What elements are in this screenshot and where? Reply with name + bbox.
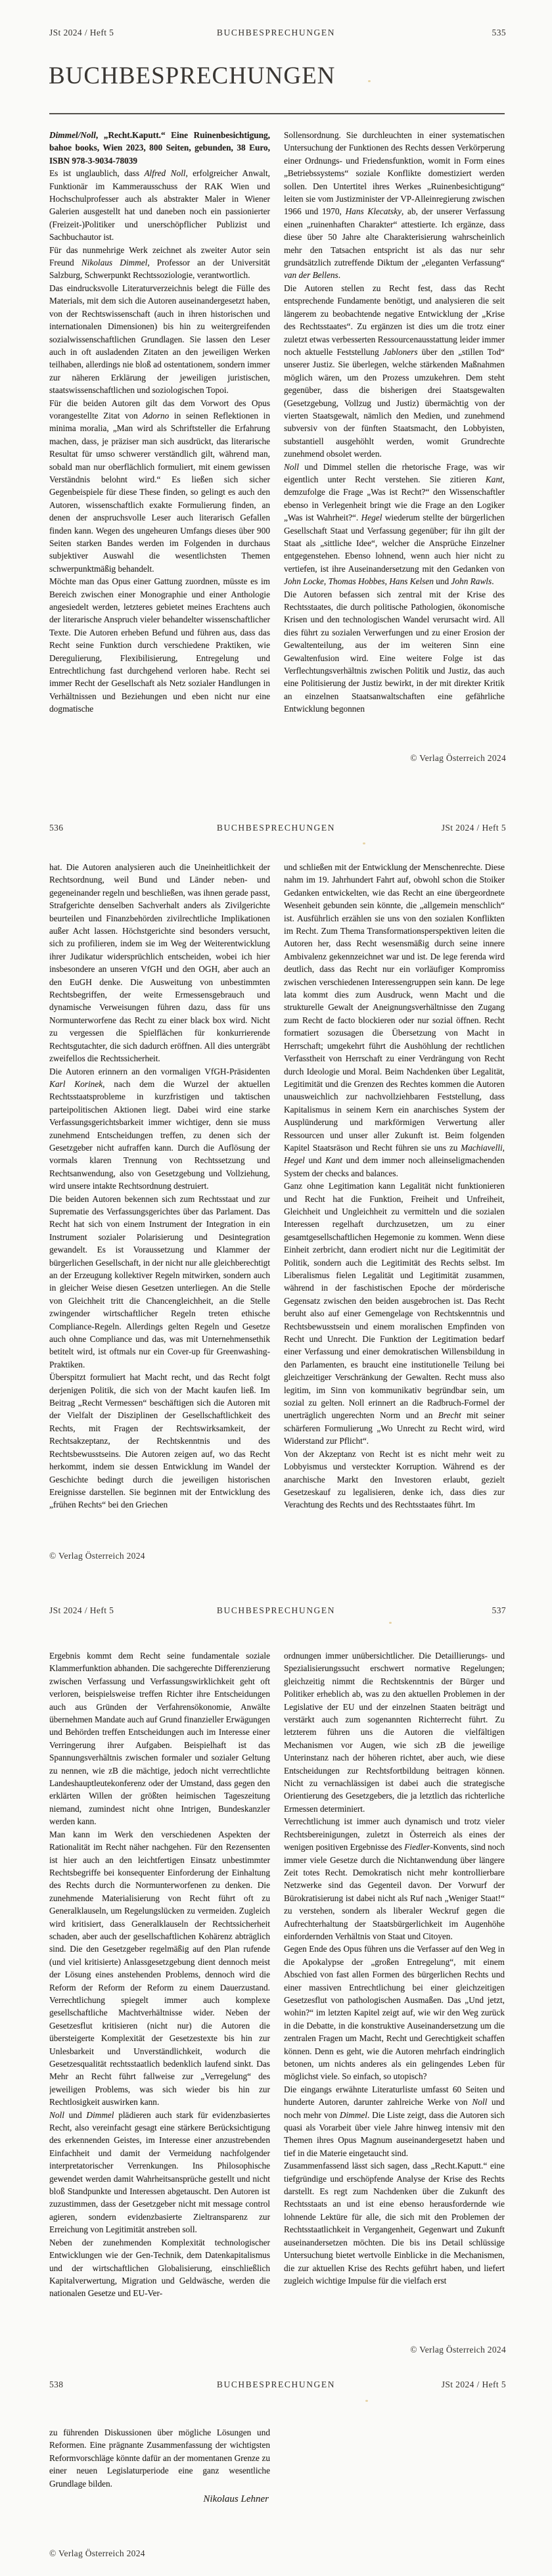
text-column-left: Dimmel/Noll, „Recht.Kaputt.“ Eine Ruinen… (49, 129, 270, 744)
page-number: 535 (492, 28, 506, 38)
text-column-left: zu führenden Diskussionen über mögliche … (49, 2426, 270, 2538)
closing-paragraph-wrap: zu führenden Diskussionen über mögliche … (49, 2426, 270, 2490)
review-paragraph: Noll und Dimmel stellen die rhetorische … (284, 461, 505, 588)
review-paragraph: Ganz ohne Legitimation kann Legalität ni… (284, 1180, 505, 1448)
review-paragraph: zu führenden Diskussionen über mögliche … (49, 2426, 270, 2490)
running-head: BUCHBESPRECHUNGEN (0, 28, 552, 38)
page-header: JSt 2024 / Heft 5 BUCHBESPRECHUNGEN 537 (0, 1605, 552, 1617)
text-column-right: und schließen mit der Entwicklung der Me… (284, 861, 505, 1538)
page-number: 537 (492, 1605, 506, 1616)
scan-speck (365, 2400, 368, 2402)
review-paragraph: ordnungen immer unübersichtlicher. Die D… (284, 1649, 505, 1815)
review-paragraph: Gegen Ende des Opus führen uns die Verfa… (284, 1943, 505, 2082)
copyright-notice: © Verlag Österreich 2024 (49, 1551, 145, 1561)
scan-speck (363, 842, 365, 844)
section-title: BUCHBESPRECHUNGEN (49, 62, 335, 90)
text-column-left: Ergebnis kommt dem Recht seine fundament… (49, 1649, 270, 2330)
review-paragraph: Für das nunmehrige Werk zeichnet als zwe… (49, 244, 270, 282)
text-column-left: hat. Die Autoren analysieren auch die Un… (49, 861, 270, 1538)
page-header: 536 BUCHBESPRECHUNGEN JSt 2024 / Heft 5 (0, 823, 552, 835)
page-header: 538 BUCHBESPRECHUNGEN JSt 2024 / Heft 5 (0, 2380, 552, 2391)
review-paragraph: Die beiden Autoren bekennen sich zum Rec… (49, 1193, 270, 1371)
review-paragraph: Überspitzt formuliert hat Macht recht, u… (49, 1371, 270, 1511)
journal-page-535: JSt 2024 / Heft 5 BUCHBESPRECHUNGEN 535 … (0, 0, 552, 795)
journal-page-538: 538 BUCHBESPRECHUNGEN JSt 2024 / Heft 5 … (0, 2372, 552, 2576)
running-head: BUCHBESPRECHUNGEN (0, 1605, 552, 1616)
title-rule (49, 113, 505, 114)
scan-speck (389, 1622, 392, 1624)
copyright-notice: © Verlag Österreich 2024 (410, 2345, 506, 2355)
review-paragraph: Ergebnis kommt dem Recht seine fundament… (49, 1649, 270, 1828)
journal-page-537: JSt 2024 / Heft 5 BUCHBESPRECHUNGEN 537 … (0, 1584, 552, 2372)
review-paragraph: Die eingangs erwähnte Literaturliste umf… (284, 2083, 505, 2159)
review-paragraph: Es ist unglaublich, dass Alfred Noll, er… (49, 167, 270, 243)
review-paragraph: Verrechtlichung ist immer auch dynamisch… (284, 1815, 505, 1943)
issue-label: JSt 2024 / Heft 5 (442, 2380, 506, 2390)
scanned-journal-document: JSt 2024 / Heft 5 BUCHBESPRECHUNGEN 535 … (0, 0, 552, 2576)
review-paragraph: Die Autoren stellen zu Recht fest, dass … (284, 282, 505, 461)
copyright-notice: © Verlag Österreich 2024 (49, 2548, 145, 2559)
review-paragraph: Von der Akzeptanz von Recht ist es nicht… (284, 1448, 505, 1511)
review-paragraph: Das eindrucksvolle Literaturverzeichnis … (49, 282, 270, 397)
review-paragraph: Noll und Dimmel plädieren auch stark für… (49, 2109, 270, 2236)
journal-page-536: 536 BUCHBESPRECHUNGEN JSt 2024 / Heft 5 … (0, 795, 552, 1584)
review-paragraph: Sollensordnung. Sie durchleuchten in ein… (284, 129, 505, 282)
issue-label: JSt 2024 / Heft 5 (442, 823, 506, 833)
review-paragraph: Die Autoren befassen sich zentral mit de… (284, 588, 505, 716)
page-header: JSt 2024 / Heft 5 BUCHBESPRECHUNGEN 535 (0, 28, 552, 39)
text-column-right: Sollensordnung. Sie durchleuchten in ein… (284, 129, 505, 744)
review-paragraph: Die Autoren erinnern an den vormaligen V… (49, 1065, 270, 1193)
review-paragraph: Man kann im Werk den verschiedenen Aspek… (49, 1828, 270, 2109)
review-paragraph: hat. Die Autoren analysieren auch die Un… (49, 861, 270, 1065)
review-paragraph: Neben der zunehmenden Komplexität techno… (49, 2236, 270, 2300)
reviewer-signature: Nikolaus Lehner (49, 2493, 270, 2506)
review-paragraph: und schließen mit der Entwicklung der Me… (284, 861, 505, 1180)
review-paragraph: Für die beiden Autoren gilt das dem Vorw… (49, 397, 270, 576)
review-paragraph: Dimmel/Noll, „Recht.Kaputt.“ Eine Ruinen… (49, 129, 270, 167)
copyright-notice: © Verlag Österreich 2024 (410, 753, 506, 764)
text-column-right: ordnungen immer unübersichtlicher. Die D… (284, 1649, 505, 2330)
review-paragraph: Zusammenfassend lässt sich sagen, dass „… (284, 2159, 505, 2287)
review-paragraph: Möchte man das Opus einer Gattung zuordn… (49, 575, 270, 715)
scan-speck (368, 80, 371, 82)
